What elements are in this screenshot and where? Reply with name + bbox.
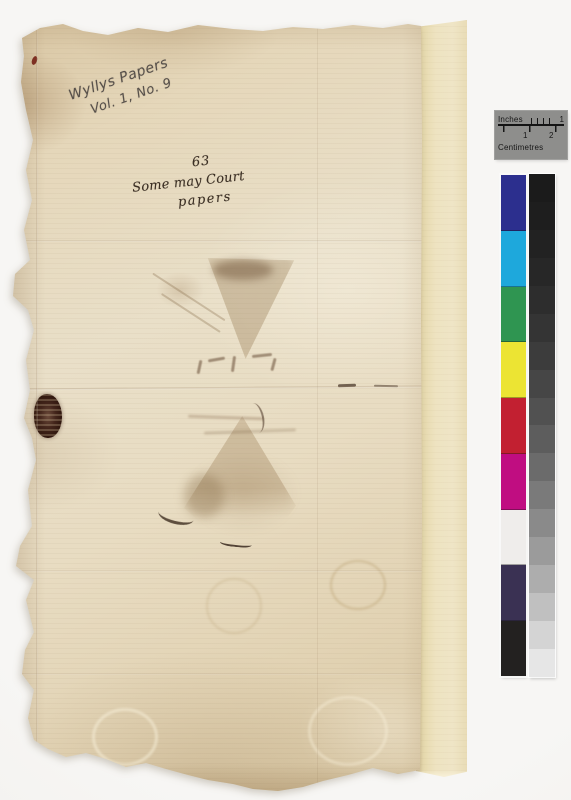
gray-step-7: [529, 342, 555, 370]
color-patch-white: [501, 510, 526, 566]
color-patch-cyan: [501, 231, 526, 287]
gray-step-17: [529, 621, 555, 649]
manuscript-page-wrap: Wyllys Papers Vol. 1, No. 9 63 Some may …: [8, 18, 423, 794]
backing-sheet: [416, 20, 467, 777]
ghost-mark: [270, 358, 276, 371]
ring-stain: [330, 560, 386, 610]
gray-step-18: [529, 649, 555, 677]
ring-stain: [206, 578, 262, 634]
grayscale-column: [529, 174, 555, 677]
color-patch-magenta: [501, 454, 526, 510]
gray-step-11: [529, 453, 555, 481]
ghost-mark: [197, 360, 203, 374]
horizontal-crease: [8, 240, 423, 242]
ghost-mark: [231, 356, 236, 372]
color-patch-blue: [501, 175, 526, 231]
ink-dash-mark: [220, 536, 253, 548]
color-patch-yellow: [501, 342, 526, 398]
gray-step-4: [529, 258, 555, 286]
archival-photo-stage: Wyllys Papers Vol. 1, No. 9 63 Some may …: [0, 0, 571, 800]
gray-step-1: [529, 174, 555, 202]
crease-ink-mark: [338, 384, 356, 387]
gray-step-13: [529, 509, 555, 537]
color-patch-black: [501, 621, 526, 676]
ruler-card: Inches 1 1 2 Centimetres: [495, 111, 567, 159]
gray-step-2: [529, 202, 555, 230]
color-patch-green: [501, 287, 526, 343]
color-patch-column: [501, 175, 526, 676]
ruler-centimetres-label: Centimetres: [498, 143, 564, 152]
gray-step-5: [529, 286, 555, 314]
ghost-mark: [208, 357, 225, 363]
ink-inscription: 63 Some may Court papers: [129, 147, 264, 217]
red-fleck: [31, 55, 39, 65]
ruler-inch-row: Inches 1: [498, 113, 564, 126]
gray-step-6: [529, 314, 555, 342]
horizontal-crease: [8, 673, 423, 675]
bleed-stain-dark-cap: [213, 260, 273, 280]
ghost-mark: [252, 353, 272, 358]
gray-step-15: [529, 565, 555, 593]
ghost-mark: [204, 428, 296, 434]
bleed-stain-halo: [168, 438, 318, 548]
manuscript-page: Wyllys Papers Vol. 1, No. 9 63 Some may …: [8, 18, 423, 794]
color-patch-red: [501, 398, 526, 454]
crease-ink-mark: [374, 385, 398, 387]
wax-seal-stain: [34, 394, 62, 438]
ruler-inch-1-label: 1: [560, 115, 564, 124]
bleed-stain-upper-triangle: [206, 256, 296, 361]
gray-step-10: [529, 425, 555, 453]
bleed-stain-left-smudge: [184, 474, 224, 518]
pencil-inscription: Wyllys Papers Vol. 1, No. 9: [66, 31, 240, 125]
ruler-cm-1-label: 1: [523, 131, 527, 140]
ruler-inch-ticks: [531, 118, 555, 124]
gray-step-3: [529, 230, 555, 258]
ruler-inches-label: Inches: [498, 115, 523, 124]
ring-stain: [92, 708, 158, 766]
ring-stain: [308, 696, 388, 766]
ruler-cm-row: 1 2: [498, 126, 564, 143]
ruler-cm-2-label: 2: [549, 131, 553, 140]
horizontal-crease: [8, 386, 423, 391]
scratch-line: [153, 273, 226, 321]
gray-step-14: [529, 537, 555, 565]
gray-step-12: [529, 481, 555, 509]
color-patch-violet: [501, 565, 526, 621]
gray-step-8: [529, 370, 555, 398]
ink-curl-mark: [157, 504, 196, 528]
gray-step-16: [529, 593, 555, 621]
gray-step-9: [529, 398, 555, 426]
vertical-chain-line: [317, 18, 318, 794]
